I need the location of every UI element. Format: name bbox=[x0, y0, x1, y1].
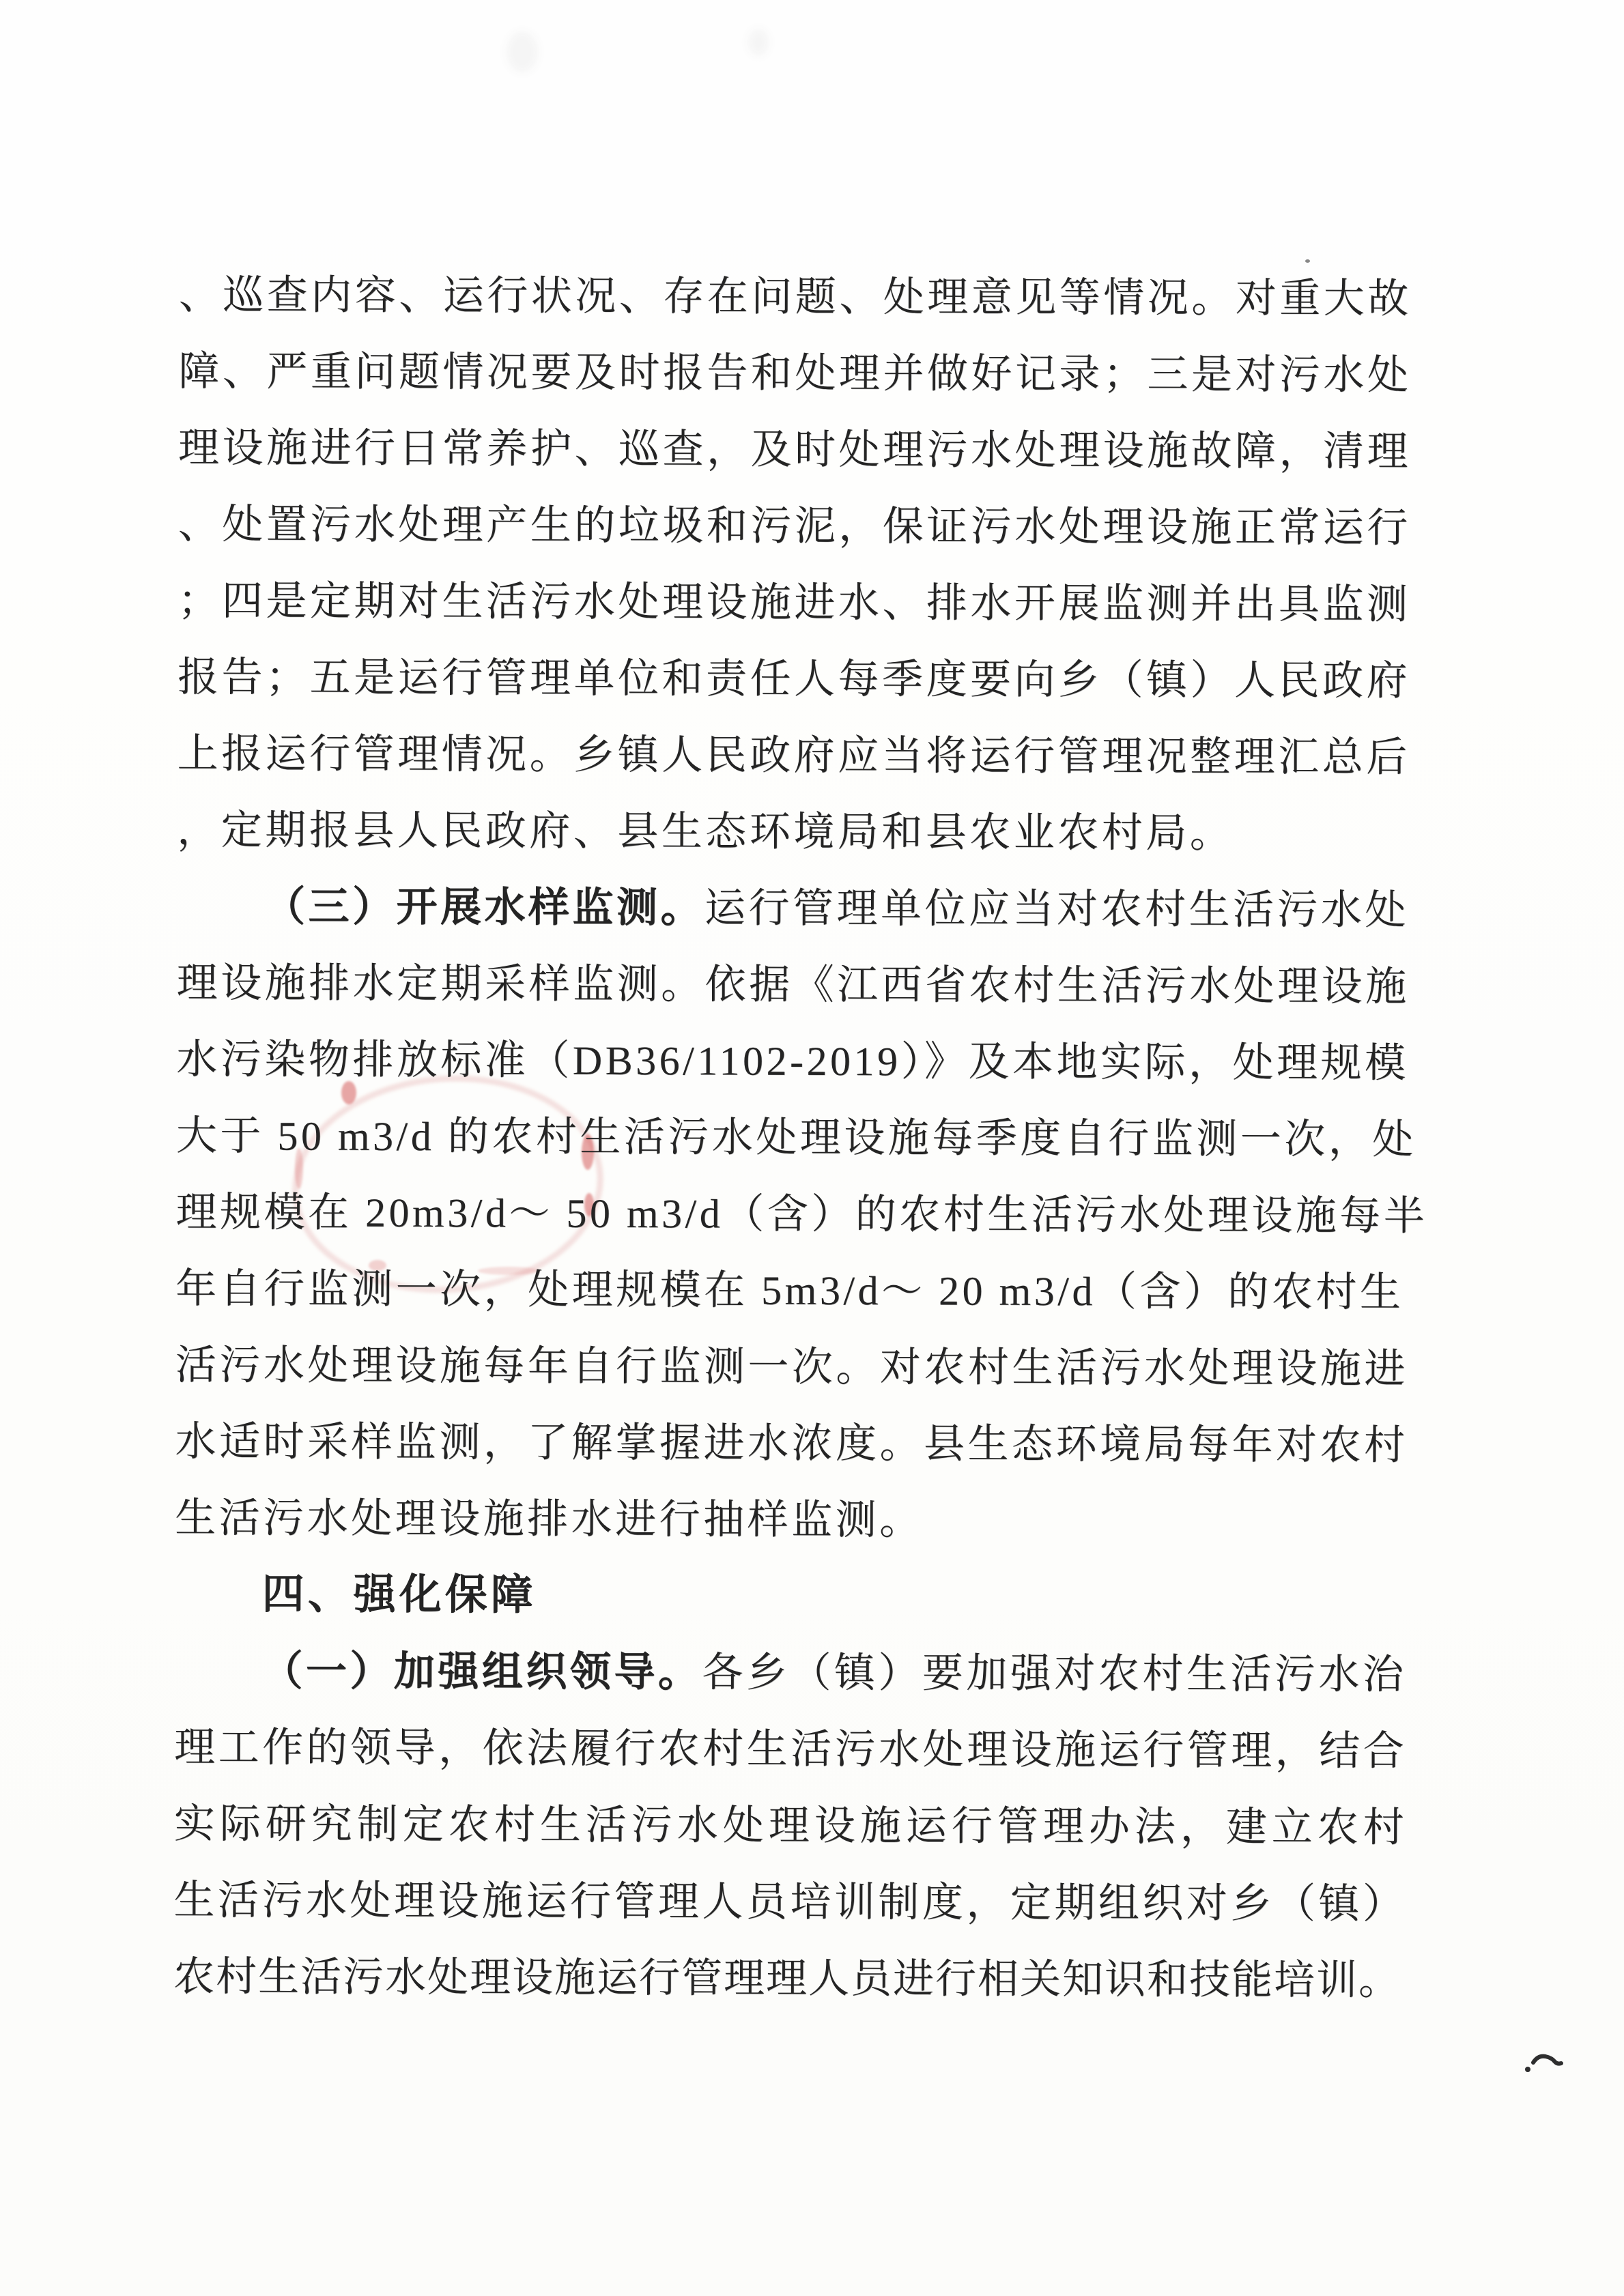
document-body: 、巡查内容、运行状况、存在问题、处理意见等情况。对重大故障、严重问题情况要及时报… bbox=[173, 257, 1449, 2019]
body-text: 生活污水处理设施排水进行抽样监测。 bbox=[175, 1495, 924, 1542]
text-line: 、巡查内容、运行状况、存在问题、处理意见等情况。对重大故 bbox=[179, 257, 1449, 337]
body-text: 大于 50 m3/d 的农村生活污水处理设施每季度自行监测一次，处 bbox=[176, 1113, 1416, 1162]
text-line: 理设施进行日常养护、巡查，及时处理污水处理设施故障，清理 bbox=[178, 410, 1448, 490]
body-text: 障、严重问题情况要及时报告和处理并做好记录；三是对污水处 bbox=[178, 349, 1411, 398]
pen-squiggle-mark bbox=[1524, 2045, 1573, 2083]
text-line: 理设施排水定期采样监测。依据《江西省农村生活污水处理设施 bbox=[176, 945, 1446, 1025]
section-heading: 四、强化保障 bbox=[175, 1556, 1444, 1637]
body-text: 上报运行管理情况。乡镇人民政府应当将运行管理况整理汇总后 bbox=[177, 731, 1410, 780]
text-line: 障、严重问题情况要及时报告和处理并做好记录；三是对污水处 bbox=[178, 333, 1448, 414]
body-text: ；四是定期对生活污水处理设施进水、排水开展监测并出具监测 bbox=[177, 578, 1410, 627]
text-line: （一）加强组织领导。各乡（镇）要加强对农村生活污水治 bbox=[174, 1633, 1444, 1713]
text-line: 上报运行管理情况。乡镇人民政府应当将运行管理况整理汇总后 bbox=[177, 715, 1447, 796]
body-text: 理规模在 20m3/d～ 50 m3/d（含）的农村生活污水处理设施每半 bbox=[175, 1190, 1427, 1239]
text-line: 理规模在 20m3/d～ 50 m3/d（含）的农村生活污水处理设施每半 bbox=[175, 1174, 1445, 1254]
lead-in-text: （一）加强组织领导。 bbox=[261, 1648, 702, 1695]
text-line: 农村生活污水处理设施运行管理理人员进行相关知识和技能培训。 bbox=[173, 1938, 1443, 2019]
text-line: 年自行监测一次，处理规模在 5m3/d～ 20 m3/d（含）的农村生 bbox=[175, 1250, 1445, 1331]
text-line: 理工作的领导，依法履行农村生活污水处理设施运行管理，结合 bbox=[174, 1709, 1444, 1790]
text-line: 水适时采样监测，了解掌握进水浓度。县生态环境局每年对农村 bbox=[175, 1403, 1444, 1484]
body-text: 、处置污水处理产生的垃圾和污泥，保证污水处理设施正常运行 bbox=[178, 502, 1411, 551]
body-text: 理设施进行日常养护、巡查，及时处理污水处理设施故障，清理 bbox=[178, 425, 1411, 474]
body-text: 各乡（镇）要加强对农村生活污水治 bbox=[702, 1650, 1406, 1697]
text-line: （三）开展水样监测。运行管理单位应当对农村生活污水处 bbox=[177, 868, 1447, 949]
body-text: 生活污水处理设施运行管理人员培训制度，定期组织对乡（镇） bbox=[173, 1878, 1406, 1927]
text-line: 生活污水处理设施运行管理人员培训制度，定期组织对乡（镇） bbox=[173, 1862, 1443, 1942]
scan-smudge bbox=[507, 31, 538, 72]
scanned-page: 、巡查内容、运行状况、存在问题、处理意见等情况。对重大故障、严重问题情况要及时报… bbox=[0, 0, 1624, 2296]
body-text: 活污水处理设施每年自行监测一次。对农村生活污水处理设施进 bbox=[175, 1343, 1408, 1392]
document-lines: 、巡查内容、运行状况、存在问题、处理意见等情况。对重大故障、严重问题情况要及时报… bbox=[173, 257, 1449, 2019]
text-line: ；四是定期对生活污水处理设施进水、排水开展监测并出具监测 bbox=[177, 562, 1447, 643]
text-line: 实际研究制定农村生活污水处理设施运行管理办法，建立农村 bbox=[174, 1785, 1444, 1866]
body-text: ，定期报县人民政府、县生态环境局和县农业农村局。 bbox=[177, 807, 1234, 856]
body-text: 运行管理单位应当对农村生活污水处 bbox=[704, 885, 1409, 932]
text-line: 活污水处理设施每年自行监测一次。对农村生活污水处理设施进 bbox=[175, 1327, 1445, 1407]
body-text: 理工作的领导，依法履行农村生活污水处理设施运行管理，结合 bbox=[174, 1725, 1407, 1774]
body-text: 水适时采样监测，了解掌握进水浓度。县生态环境局每年对农村 bbox=[175, 1419, 1408, 1468]
body-text: 理设施排水定期采样监测。依据《江西省农村生活污水处理设施 bbox=[177, 960, 1410, 1009]
lead-in-text: 四、强化保障 bbox=[262, 1570, 537, 1618]
text-line: 大于 50 m3/d 的农村生活污水处理设施每季度自行监测一次，处 bbox=[176, 1097, 1446, 1178]
body-text: 农村生活污水处理设施运行管理理人员进行相关知识和技能培训。 bbox=[173, 1954, 1401, 2003]
body-text: 报告；五是运行管理单位和责任人每季度要向乡（镇）人民政府 bbox=[177, 655, 1410, 704]
body-text: 水污染物排放标准（DB36/1102-2019）》及本地实际，处理规模 bbox=[176, 1037, 1408, 1086]
body-text: 实际研究制定农村生活污水处理设施运行管理办法，建立农村 bbox=[174, 1801, 1409, 1850]
text-line: 水污染物排放标准（DB36/1102-2019）》及本地实际，处理规模 bbox=[176, 1021, 1446, 1102]
text-line: ，定期报县人民政府、县生态环境局和县农业农村局。 bbox=[177, 792, 1447, 872]
text-line: 生活污水处理设施排水进行抽样监测。 bbox=[175, 1480, 1444, 1560]
scan-smudge bbox=[748, 29, 769, 56]
text-line: 报告；五是运行管理单位和责任人每季度要向乡（镇）人民政府 bbox=[177, 639, 1447, 719]
body-text: 、巡查内容、运行状况、存在问题、处理意见等情况。对重大故 bbox=[179, 272, 1412, 321]
text-line: 、处置污水处理产生的垃圾和污泥，保证污水处理设施正常运行 bbox=[178, 486, 1448, 566]
body-text: 年自行监测一次，处理规模在 5m3/d～ 20 m3/d（含）的农村生 bbox=[175, 1266, 1404, 1315]
lead-in-text: （三）开展水样监测。 bbox=[264, 884, 704, 930]
